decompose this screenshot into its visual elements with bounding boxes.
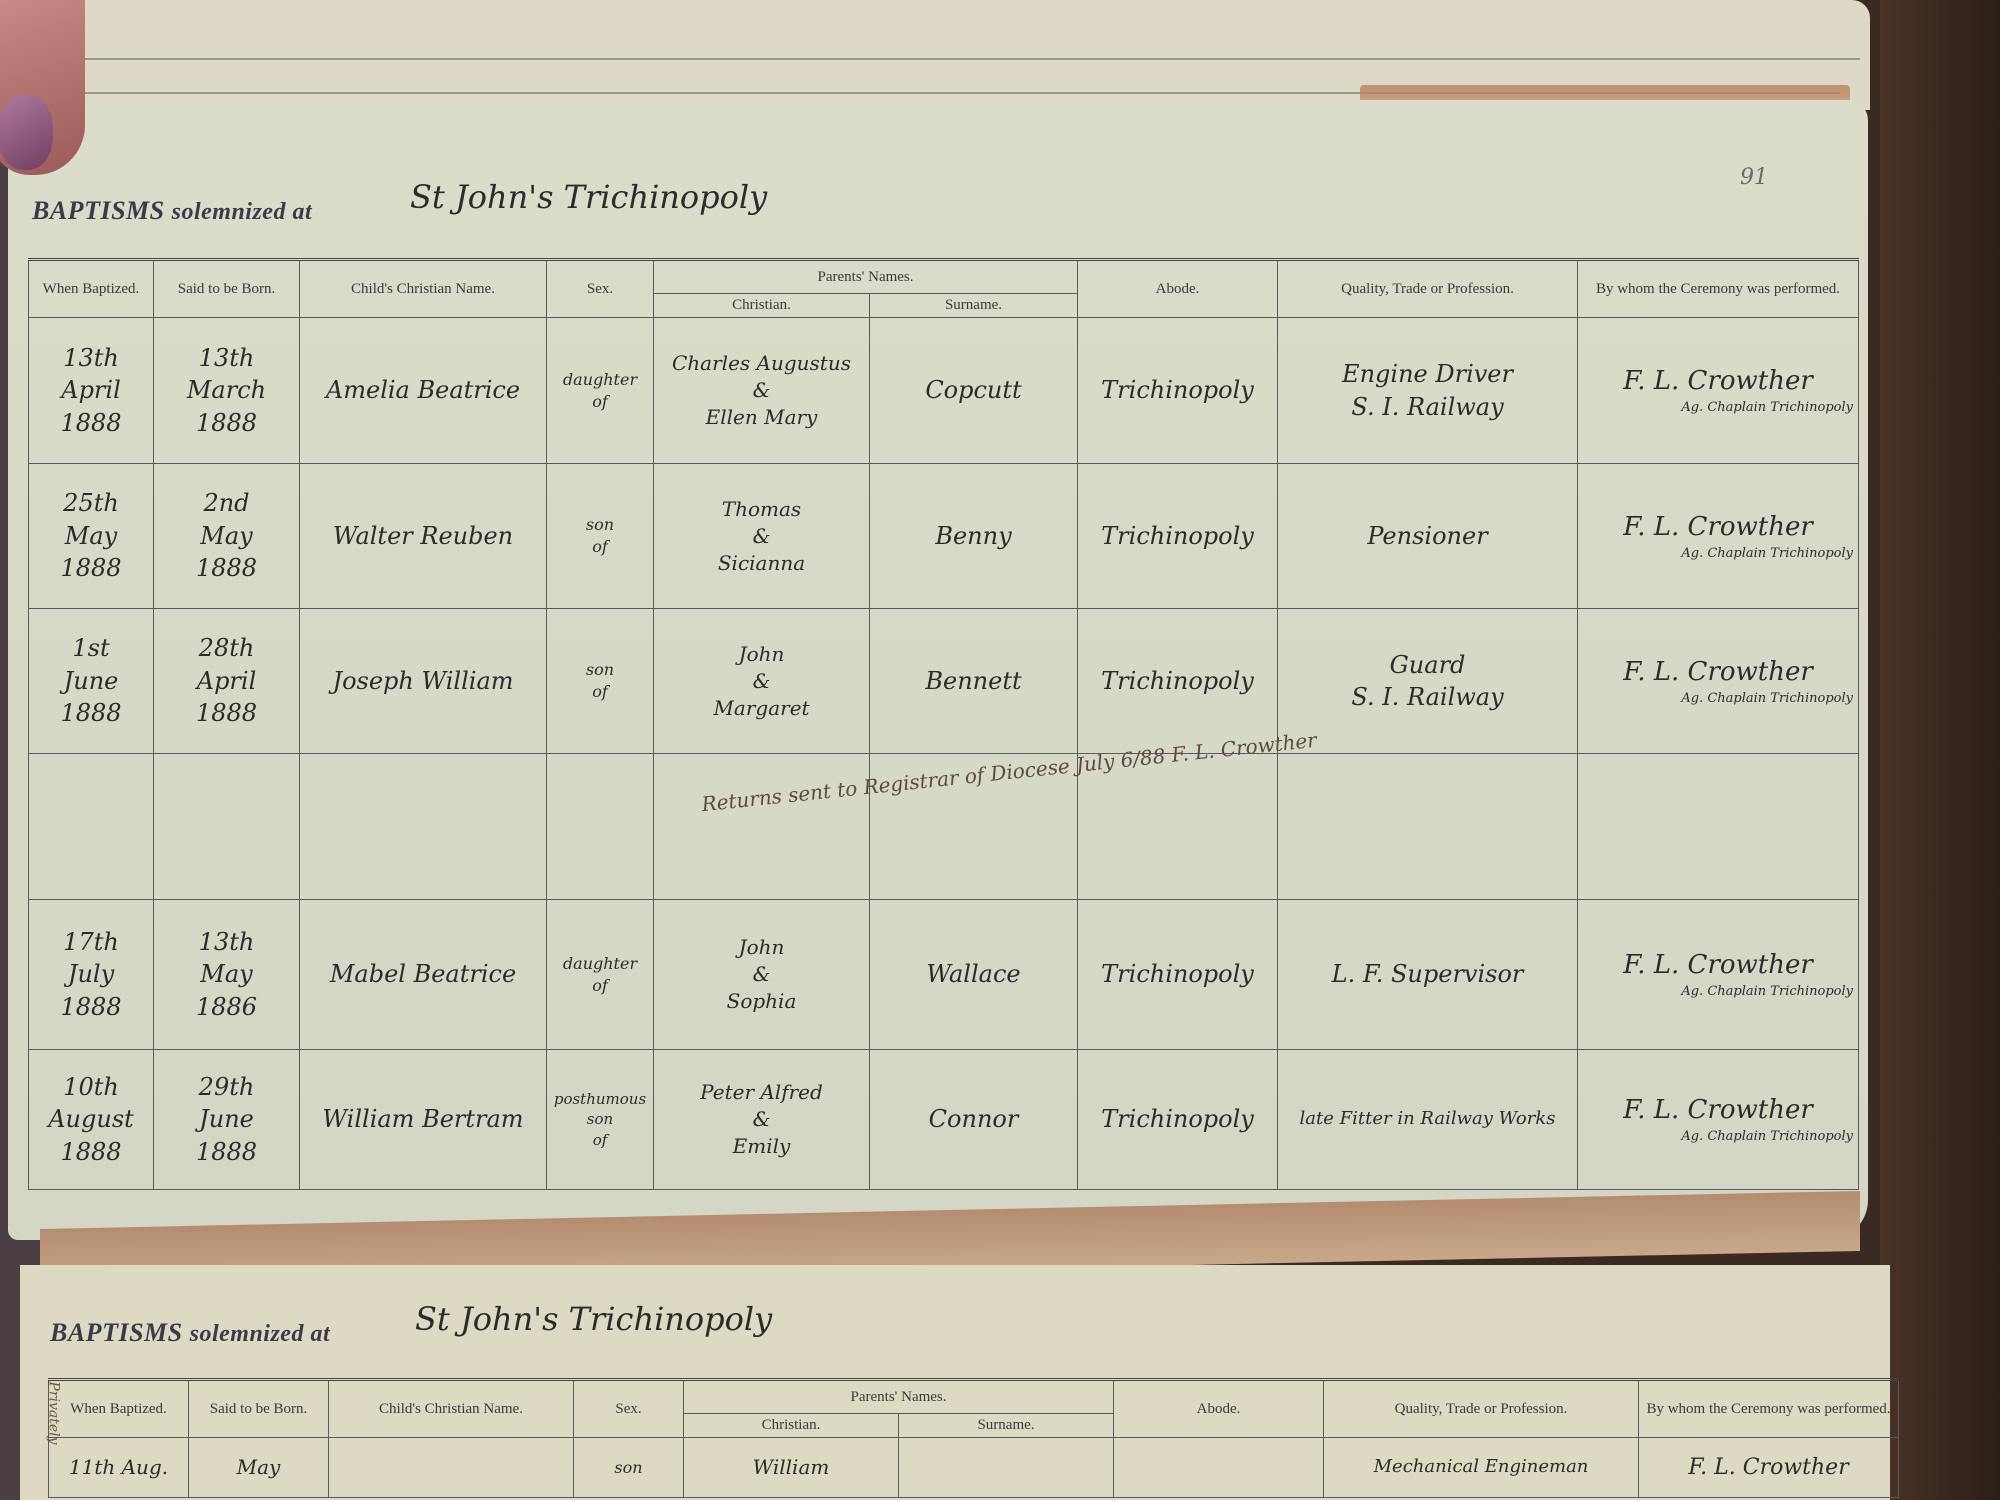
child-name: Walter Reuben: [300, 464, 547, 609]
header-sex: Sex.: [547, 260, 654, 318]
parents-christian: William: [684, 1438, 899, 1498]
table-row-partial: 11th Aug. May son William Mechanical Eng…: [49, 1438, 1899, 1498]
profession: late Fitter in Railway Works: [1278, 1050, 1578, 1190]
parents-christian: John&Sophia: [654, 900, 870, 1050]
table-row: 17thJuly1888 13thMay1886 Mabel Beatrice …: [29, 900, 1859, 1050]
church-name: St John's Trichinopoly: [410, 178, 767, 216]
header-profession: Quality, Trade or Profession.: [1324, 1380, 1639, 1438]
header-profession: Quality, Trade or Profession.: [1278, 260, 1578, 318]
header-surname: Surname.: [870, 294, 1078, 318]
sex: daughterof: [547, 318, 654, 464]
page-edge-line: [60, 58, 1860, 60]
header-officiant: By whom the Ceremony was performed.: [1578, 260, 1859, 318]
abode: Trichinopoly: [1078, 1050, 1278, 1190]
parents-christian: Peter Alfred&Emily: [654, 1050, 870, 1190]
profession: L. F. Supervisor: [1278, 900, 1578, 1050]
baptized-date: 1stJune1888: [29, 609, 154, 754]
officiant-signature: F. L. CrowtherAg. Chaplain Trichinopoly: [1578, 1050, 1859, 1190]
header-parents-names: Parents' Names.: [654, 260, 1078, 294]
header-abode: Abode.: [1114, 1380, 1324, 1438]
born-date: 13thMay1886: [154, 900, 300, 1050]
profession: Engine DriverS. I. Railway: [1278, 318, 1578, 464]
page-number: 91: [1740, 165, 1768, 190]
thumbnail: [0, 95, 53, 170]
child-name: Joseph William: [300, 609, 547, 754]
next-page-title: BAPTISMS solemnized at: [50, 1318, 330, 1348]
officiant-signature: F. L. CrowtherAg. Chaplain Trichinopoly: [1578, 318, 1859, 464]
born-date: 29thJune1888: [154, 1050, 300, 1190]
next-baptism-register-table: When Baptized. Said to be Born. Child's …: [48, 1378, 1899, 1498]
background-right: [1880, 0, 2000, 1500]
table-row: 1stJune1888 28thApril1888 Joseph William…: [29, 609, 1859, 754]
officiant-signature: F. L. CrowtherAg. Chaplain Trichinopoly: [1578, 609, 1859, 754]
baptized-date: 17thJuly1888: [29, 900, 154, 1050]
surname: Copcutt: [870, 318, 1078, 464]
baptism-register-table: When Baptized. Said to be Born. Child's …: [28, 258, 1859, 1190]
born-date: 13thMarch1888: [154, 318, 300, 464]
header-born: Said to be Born.: [154, 260, 300, 318]
abode: Trichinopoly: [1078, 609, 1278, 754]
officiant-signature: F. L. CrowtherAg. Chaplain Trichinopoly: [1578, 900, 1859, 1050]
abode: Trichinopoly: [1078, 900, 1278, 1050]
surname: Bennett: [870, 609, 1078, 754]
abode: Trichinopoly: [1078, 464, 1278, 609]
child-name: Mabel Beatrice: [300, 900, 547, 1050]
thumb: [0, 0, 85, 175]
profession: Pensioner: [1278, 464, 1578, 609]
parents-christian: John&Margaret: [654, 609, 870, 754]
surname: Benny: [870, 464, 1078, 609]
next-church-name: St John's Trichinopoly: [415, 1300, 772, 1338]
officiant-signature: F. L. CrowtherAg. Chaplain Trichinopoly: [1578, 464, 1859, 609]
header-christian: Christian.: [684, 1414, 899, 1438]
header-when-baptized: When Baptized.: [29, 260, 154, 318]
header-born: Said to be Born.: [189, 1380, 329, 1438]
born-date: May: [189, 1438, 329, 1498]
sex: son: [574, 1438, 684, 1498]
officiant-signature: F. L. Crowther: [1639, 1438, 1899, 1498]
abode: Trichinopoly: [1078, 318, 1278, 464]
profession: Mechanical Engineman: [1324, 1438, 1639, 1498]
header-when-baptized: When Baptized.: [49, 1380, 189, 1438]
table-row: 10thAugust1888 29thJune1888 William Bert…: [29, 1050, 1859, 1190]
parents-christian: Thomas&Sicianna: [654, 464, 870, 609]
table-row: 25thMay1888 2ndMay1888 Walter Reuben son…: [29, 464, 1859, 609]
header-child-name: Child's Christian Name.: [300, 260, 547, 318]
surname: Connor: [870, 1050, 1078, 1190]
header-child-name: Child's Christian Name.: [329, 1380, 574, 1438]
sex: daughterof: [547, 900, 654, 1050]
header-abode: Abode.: [1078, 260, 1278, 318]
header-parents-names: Parents' Names.: [684, 1380, 1114, 1414]
sex: sonof: [547, 464, 654, 609]
header-sex: Sex.: [574, 1380, 684, 1438]
header-christian: Christian.: [654, 294, 870, 318]
child-name: Amelia Beatrice: [300, 318, 547, 464]
sex: posthumous sonof: [547, 1050, 654, 1190]
sex: sonof: [547, 609, 654, 754]
born-date: 28thApril1888: [154, 609, 300, 754]
surname: Wallace: [870, 900, 1078, 1050]
page-title: BAPTISMS solemnized at: [32, 196, 312, 226]
baptized-date: 10thAugust1888: [29, 1050, 154, 1190]
header-officiant: By whom the Ceremony was performed.: [1639, 1380, 1899, 1438]
table-row: 13thApril1888 13thMarch1888 Amelia Beatr…: [29, 318, 1859, 464]
header-surname: Surname.: [899, 1414, 1114, 1438]
baptized-date: 25thMay1888: [29, 464, 154, 609]
parents-christian: Charles Augustus&Ellen Mary: [654, 318, 870, 464]
child-name: William Bertram: [300, 1050, 547, 1190]
profession: GuardS. I. Railway: [1278, 609, 1578, 754]
baptized-date: 13thApril1888: [29, 318, 154, 464]
baptized-date: 11th Aug.: [49, 1438, 189, 1498]
born-date: 2ndMay1888: [154, 464, 300, 609]
